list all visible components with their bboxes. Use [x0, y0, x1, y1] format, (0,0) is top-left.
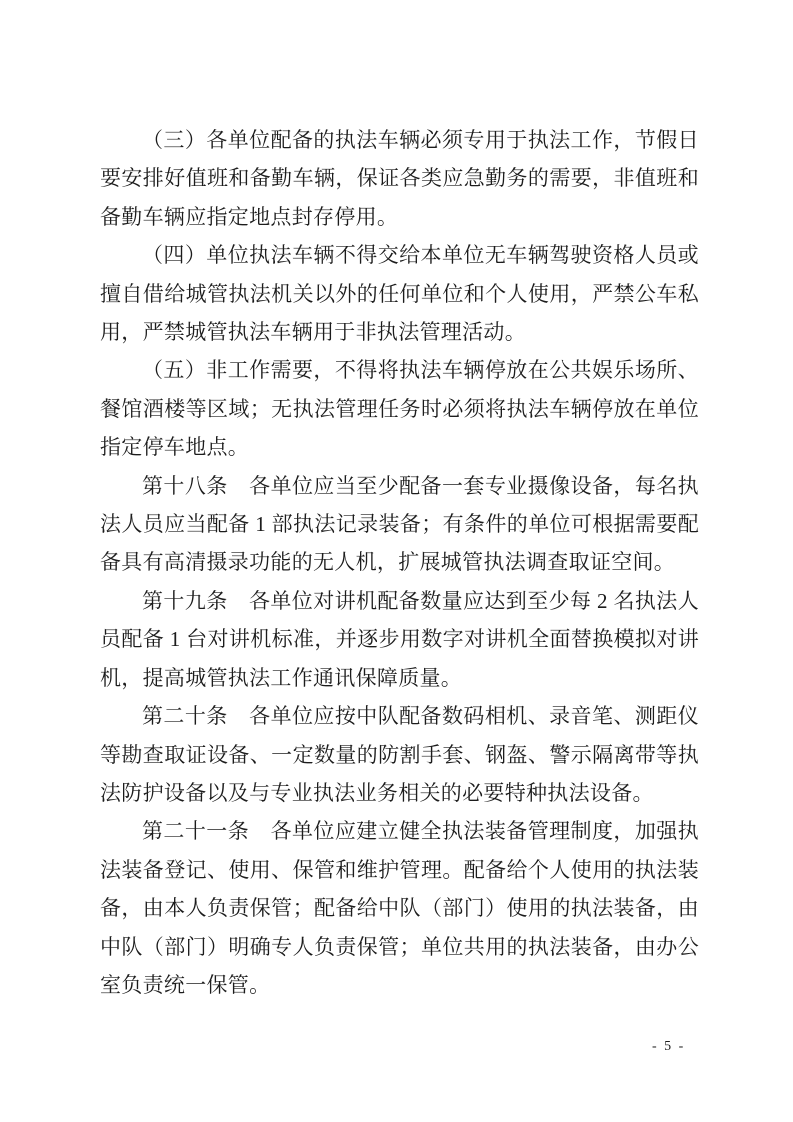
document-page: （三）各单位配备的执法车辆必须专用于执法工作，节假日要安排好值班和备勤车辆，保证…: [0, 0, 793, 1122]
document-body: （三）各单位配备的执法车辆必须专用于执法工作，节假日要安排好值班和备勤车辆，保证…: [100, 121, 699, 1004]
paragraph-article-19: 第十九条 各单位对讲机配备数量应达到至少每 2 名执法人员配备 1 台对讲机标准…: [100, 582, 699, 697]
paragraph-article-21: 第二十一条 各单位应建立健全执法装备管理制度，加强执法装备登记、使用、保管和维护…: [100, 812, 699, 1004]
paragraph-article-18: 第十八条 各单位应当至少配备一套专业摄像设备，每名执法人员应当配备 1 部执法记…: [100, 467, 699, 582]
paragraph-article-20: 第二十条 各单位应按中队配备数码相机、录音笔、测距仪等勘查取证设备、一定数量的防…: [100, 697, 699, 812]
paragraph-item-3: （三）各单位配备的执法车辆必须专用于执法工作，节假日要安排好值班和备勤车辆，保证…: [100, 121, 699, 236]
paragraph-item-5: （五）非工作需要，不得将执法车辆停放在公共娱乐场所、餐馆酒楼等区域；无执法管理任…: [100, 351, 699, 466]
page-number: - 5 -: [652, 1038, 685, 1056]
paragraph-item-4: （四）单位执法车辆不得交给本单位无车辆驾驶资格人员或擅自借给城管执法机关以外的任…: [100, 236, 699, 351]
